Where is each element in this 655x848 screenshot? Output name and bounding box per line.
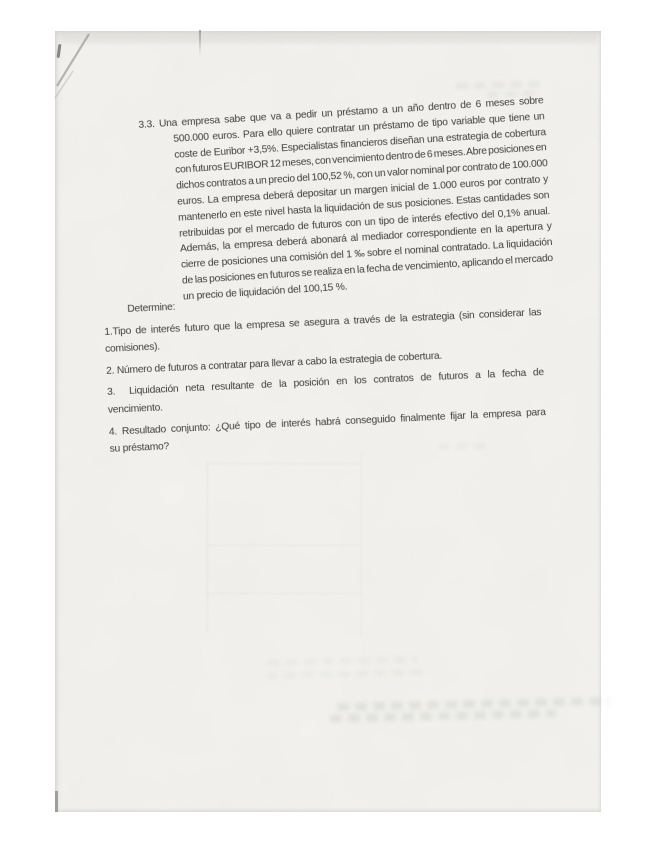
bleedthrough-grid-hline <box>207 463 361 464</box>
bleedthrough-grid-vline <box>361 452 362 637</box>
bleedthrough-grid-hline <box>205 593 361 594</box>
text-line-content: vencimiento. <box>108 399 164 419</box>
questions-list: 1.Tipo de interés futuro que la empresa … <box>104 304 547 459</box>
bleedthrough-grid-hline <box>207 545 361 546</box>
bleedthrough-grid-vline <box>207 462 208 632</box>
text-line-content: su préstamo? <box>109 438 169 458</box>
scanned-page-canvas: 3.3. Una empresa sabe que va a pedir un … <box>0 0 655 848</box>
question-section: Determine: 1.Tipo de interés futuro que … <box>103 282 547 458</box>
bleedthrough-smudge <box>438 442 490 449</box>
text-line-content: comisiones). <box>105 339 161 359</box>
problem-statement: 3.3. Una empresa sabe que va a pedir un … <box>138 93 555 307</box>
